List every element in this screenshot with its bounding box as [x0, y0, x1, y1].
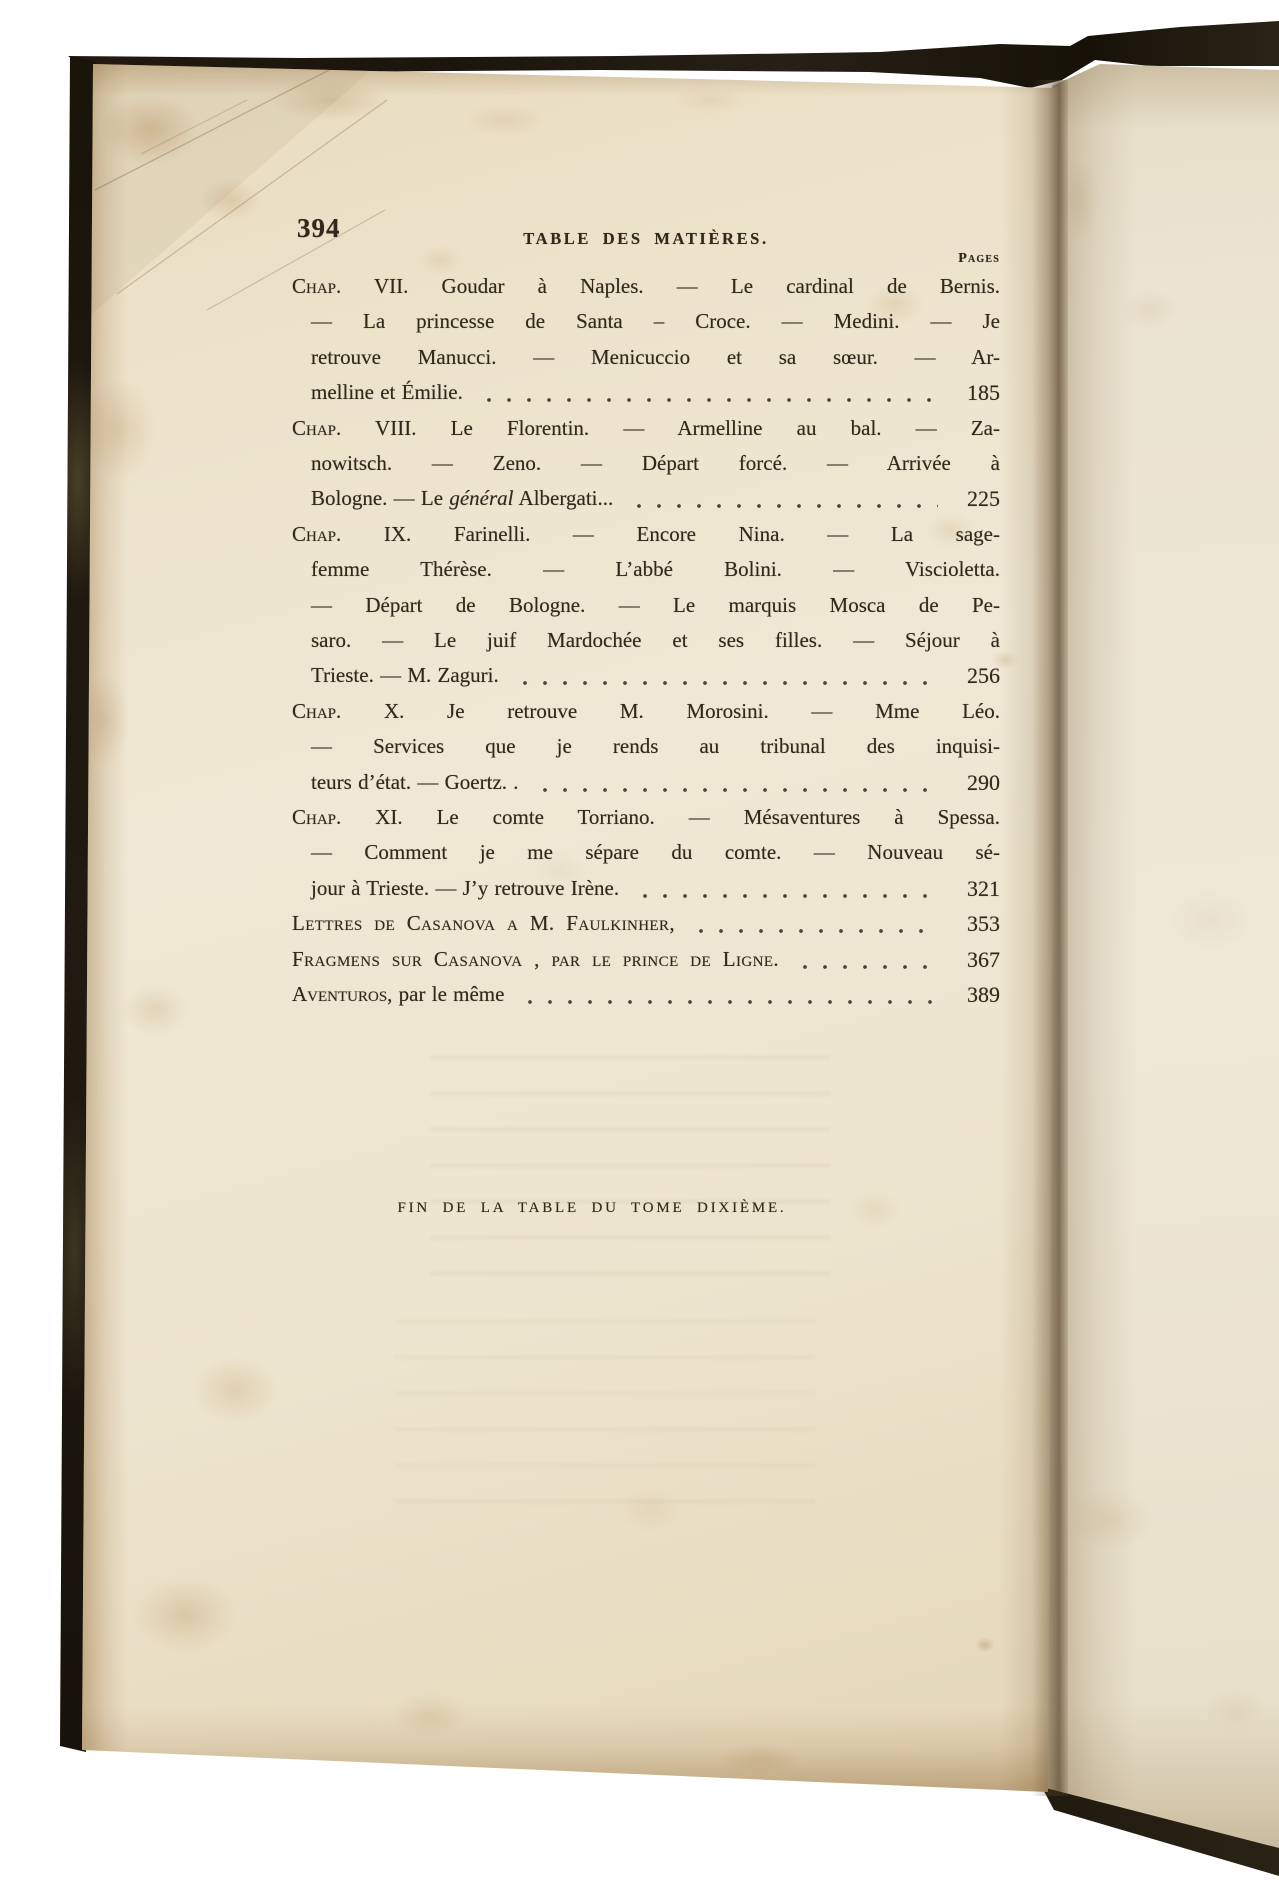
- toc-entry-text: Chap. XI. Le comte Torriano. — Mésaventu…: [292, 800, 1000, 835]
- page-edge-shading: [78, 1706, 1063, 1796]
- toc-page-number: 367: [948, 942, 1000, 977]
- toc-text-segment: nowitsch. — Zeno. — Départ forcé. — Arri…: [311, 451, 1000, 475]
- table-of-contents: Chap. VII. Goudar à Naples. — Le cardina…: [292, 269, 1000, 1029]
- toc-text-segment: Farinelli. — Encore Nina. — La sage-: [411, 522, 1000, 546]
- toc-line: Chap. VIII. Le Florentin. — Armelline au…: [292, 411, 1000, 446]
- toc-entry-text: Chap. IX. Farinelli. — Encore Nina. — La…: [292, 517, 1000, 552]
- toc-text-segment: Chap. X.: [292, 699, 404, 723]
- toc-text-segment: Chap. IX.: [292, 522, 411, 546]
- toc-entry-text: Chap. X. Je retrouve M. Morosini. — Mme …: [292, 694, 1000, 729]
- toc-page-number: 256: [948, 658, 1000, 693]
- toc-text-segment: melline et Émilie.: [311, 380, 463, 404]
- toc-entry-text: — Comment je me sépare du comte. — Nouve…: [311, 835, 1000, 870]
- toc-entry-text: — La princesse de Santa – Croce. — Medin…: [311, 304, 1000, 339]
- toc-line: saro. — Le juif Mardochée et ses filles.…: [292, 623, 1000, 658]
- toc-line: melline et Émilie.185: [292, 375, 1000, 410]
- toc-page-number: 321: [948, 871, 1000, 906]
- toc-text-segment: Lettres de Casanova a M. Faulkinher,: [292, 911, 675, 935]
- toc-line: — La princesse de Santa – Croce. — Medin…: [292, 304, 1000, 339]
- toc-line: — Services que je rends au tribunal des …: [292, 729, 1000, 764]
- toc-entry-text: Aventuros, par le même: [292, 977, 504, 1012]
- toc-line: Chap. XI. Le comte Torriano. — Mésaventu…: [292, 800, 1000, 835]
- toc-entry-text: Chap. VIII. Le Florentin. — Armelline au…: [292, 411, 1000, 446]
- toc-line: retrouve Manucci. — Menicuccio et sa sœu…: [292, 340, 1000, 375]
- toc-text-segment: Je retrouve M. Morosini. — Mme Léo.: [404, 699, 1000, 723]
- toc-text-segment: Goudar à Naples. — Le cardinal de Bernis…: [408, 274, 1000, 298]
- toc-entry-text: melline et Émilie.: [311, 375, 463, 410]
- toc-page-number: 353: [948, 906, 1000, 941]
- toc-text-segment: saro. — Le juif Mardochée et ses filles.…: [311, 628, 1000, 652]
- toc-line: — Comment je me sépare du comte. — Nouve…: [292, 835, 1000, 870]
- toc-text-segment: Bologne. — Le: [311, 486, 449, 510]
- toc-line: Lettres de Casanova a M. Faulkinher,353: [292, 906, 1000, 941]
- toc-text-segment: Chap. VIII.: [292, 416, 416, 440]
- toc-entry-text: Fragmens sur Casanova , par le prince de…: [292, 942, 779, 977]
- toc-entry-text: retrouve Manucci. — Menicuccio et sa sœu…: [311, 340, 1000, 375]
- toc-entry-text: Trieste. — M. Zaguri.: [311, 658, 499, 693]
- toc-text-segment: Albergati...: [513, 486, 613, 510]
- toc-text-segment: retrouve Manucci. — Menicuccio et sa sœu…: [311, 345, 1000, 369]
- show-through-text: [395, 1320, 815, 1510]
- dot-leader: [793, 964, 938, 970]
- toc-text-segment: — Comment je me sépare du comte. — Nouve…: [311, 840, 1000, 864]
- toc-text-segment: teurs d’état. — Goertz. .: [311, 770, 519, 794]
- toc-text-segment: jour à Trieste. — J’y retrouve Irène.: [311, 876, 619, 900]
- toc-line: Bologne. — Le général Albergati...225: [292, 481, 1000, 516]
- toc-entry-text: nowitsch. — Zeno. — Départ forcé. — Arri…: [311, 446, 1000, 481]
- toc-line: Trieste. — M. Zaguri.256: [292, 658, 1000, 693]
- toc-page-number: 225: [948, 481, 1000, 516]
- toc-text-segment: femme Thérèse. — L’abbé Bolini. — Viscio…: [311, 557, 1000, 581]
- toc-text-segment: Le Florentin. — Armelline au bal. — Za-: [416, 416, 1000, 440]
- running-title: TABLE DES MATIÈRES.: [292, 229, 1000, 249]
- toc-page-number: 389: [948, 977, 1000, 1012]
- facing-page-top-shading: [1046, 60, 1279, 130]
- dot-leader: [477, 397, 938, 403]
- table-end-note: FIN DE LA TABLE DU TOME DIXIÈME.: [262, 1200, 922, 1217]
- toc-text-segment: général: [449, 486, 513, 510]
- dot-leader: [633, 893, 938, 899]
- toc-entry-text: teurs d’état. — Goertz. .: [311, 765, 519, 800]
- page-gutter-shadow: [1032, 80, 1068, 1796]
- toc-text-segment: — La princesse de Santa – Croce. — Medin…: [311, 309, 1000, 333]
- toc-text-segment: , par le même: [387, 982, 504, 1006]
- toc-line: teurs d’état. — Goertz. .290: [292, 765, 1000, 800]
- toc-text-segment: Fragmens sur Casanova , par le prince de…: [292, 947, 779, 971]
- toc-line: jour à Trieste. — J’y retrouve Irène.321: [292, 871, 1000, 906]
- toc-text-segment: — Services que je rends au tribunal des …: [311, 734, 1000, 758]
- toc-entry-text: Lettres de Casanova a M. Faulkinher,: [292, 906, 675, 941]
- show-through-text: [430, 1056, 830, 1306]
- toc-entry-text: saro. — Le juif Mardochée et ses filles.…: [311, 623, 1000, 658]
- toc-text-segment: Chap. VII.: [292, 274, 408, 298]
- dot-leader: [518, 999, 938, 1005]
- toc-page-number: 290: [948, 765, 1000, 800]
- toc-entry-text: — Services que je rends au tribunal des …: [311, 729, 1000, 764]
- toc-line: — Départ de Bologne. — Le marquis Mosca …: [292, 588, 1000, 623]
- toc-text-segment: Chap. XI.: [292, 805, 403, 829]
- toc-entry-text: Bologne. — Le général Albergati...: [311, 481, 613, 516]
- toc-entry-text: femme Thérèse. — L’abbé Bolini. — Viscio…: [311, 552, 1000, 587]
- toc-line: nowitsch. — Zeno. — Départ forcé. — Arri…: [292, 446, 1000, 481]
- toc-line: femme Thérèse. — L’abbé Bolini. — Viscio…: [292, 552, 1000, 587]
- toc-entry-text: jour à Trieste. — J’y retrouve Irène.: [311, 871, 619, 906]
- toc-line: Chap. IX. Farinelli. — Encore Nina. — La…: [292, 517, 1000, 552]
- dot-leader: [627, 503, 938, 509]
- dot-leader: [533, 787, 938, 793]
- toc-line: Aventuros, par le même 389: [292, 977, 1000, 1012]
- toc-entry-text: — Départ de Bologne. — Le marquis Mosca …: [311, 588, 1000, 623]
- pages-column-label: Pages: [292, 251, 1000, 267]
- toc-text-segment: — Départ de Bologne. — Le marquis Mosca …: [311, 593, 1000, 617]
- toc-text-segment: Trieste. — M. Zaguri.: [311, 663, 499, 687]
- toc-line: Chap. VII. Goudar à Naples. — Le cardina…: [292, 269, 1000, 304]
- toc-entry-text: Chap. VII. Goudar à Naples. — Le cardina…: [292, 269, 1000, 304]
- dot-leader: [513, 680, 938, 686]
- toc-text-segment: Aventuros: [292, 982, 387, 1006]
- toc-line: Chap. X. Je retrouve M. Morosini. — Mme …: [292, 694, 1000, 729]
- toc-text-segment: Le comte Torriano. — Mésaventures à Spes…: [403, 805, 1000, 829]
- book-photo: 394 TABLE DES MATIÈRES. Pages Chap. VII.…: [0, 0, 1279, 1890]
- dot-leader: [689, 928, 938, 934]
- toc-line: Fragmens sur Casanova , par le prince de…: [292, 942, 1000, 977]
- toc-page-number: 185: [948, 375, 1000, 410]
